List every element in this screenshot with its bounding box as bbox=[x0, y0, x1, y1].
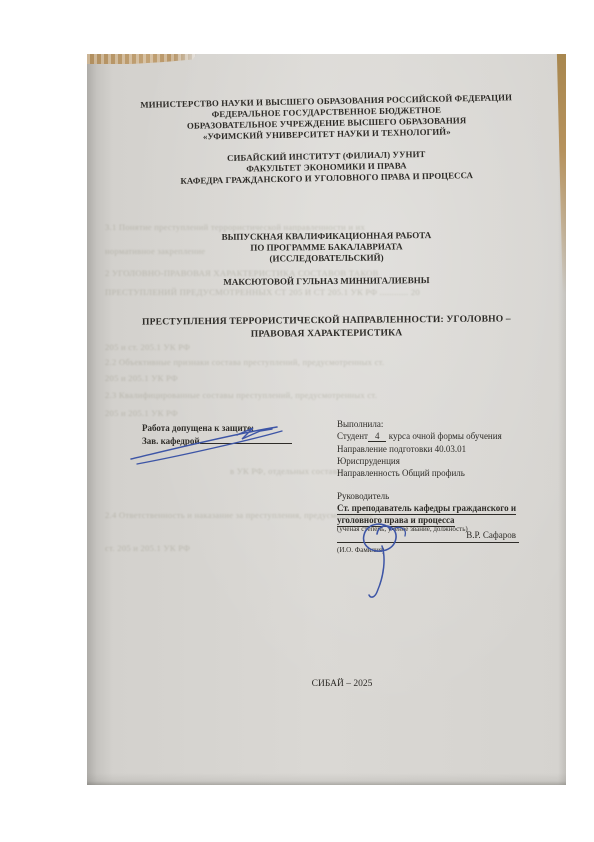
student-prefix: Студент bbox=[337, 431, 368, 441]
performer-label: Выполнила: bbox=[337, 418, 383, 430]
profile-line: Направленность Общий профиль bbox=[337, 467, 465, 479]
student-suffix: курса очной формы обучения bbox=[389, 431, 502, 441]
supervisor-label: Руководитель bbox=[337, 490, 389, 502]
photo-of-document: 3.1 Понятие преступлений террористическо… bbox=[87, 54, 566, 785]
footer-city-year: СИБАЙ – 2025 bbox=[247, 678, 437, 690]
work-type-block: ВЫПУСКНАЯ КВАЛИФИКАЦИОННАЯ РАБОТА ПО ПРО… bbox=[97, 229, 556, 266]
direction-line: Направление подготовки 40.03.01 bbox=[337, 443, 466, 455]
author-name: МАКСЮТОВОЙ ГУЛЬНАЗ МИННИГАЛИЕВНЫ bbox=[97, 274, 556, 289]
institute-header: СИБАЙСКИЙ ИНСТИТУТ (ФИЛИАЛ) УУНИТ ФАКУЛЬ… bbox=[97, 146, 557, 188]
dept-head-signature-ink bbox=[125, 418, 295, 468]
speciality-line: Юриспруденция bbox=[337, 455, 400, 467]
course-number: 4 bbox=[368, 432, 387, 442]
supervisor-name: В.Р. Сафаров bbox=[466, 530, 516, 540]
ministry-header: МИНИСТЕРСТВО НАУКИ И ВЫСШЕГО ОБРАЗОВАНИЯ… bbox=[97, 91, 557, 144]
thesis-title: ПРЕСТУПЛЕНИЯ ТЕРРОРИСТИЧЕСКОЙ НАПРАВЛЕНН… bbox=[97, 312, 556, 342]
title-page: МИНИСТЕРСТВО НАУКИ И ВЫСШЕГО ОБРАЗОВАНИЯ… bbox=[87, 54, 566, 785]
supervisor-signature-ink bbox=[351, 516, 421, 604]
student-line: Студент4 курса очной формы обучения bbox=[337, 430, 502, 442]
